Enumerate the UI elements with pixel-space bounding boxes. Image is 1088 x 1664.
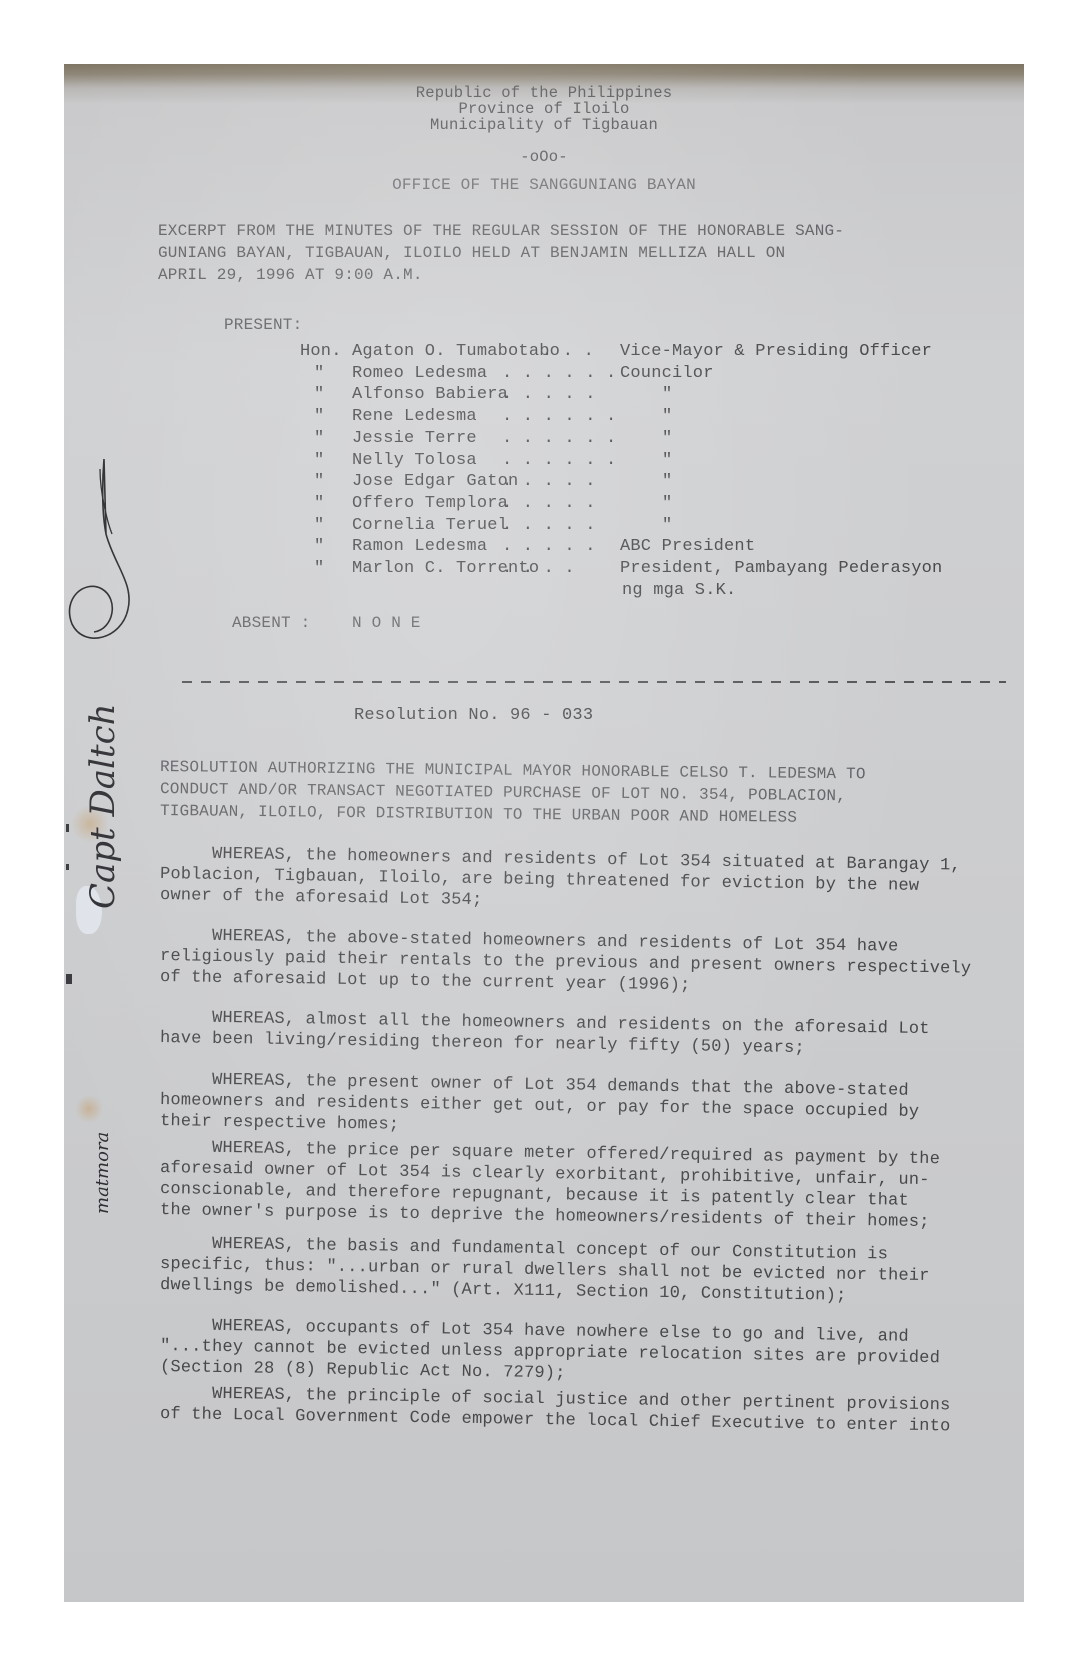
present-label: PRESENT:: [224, 316, 302, 334]
attendee-name: Ramon Ledesma: [352, 537, 487, 556]
attendee-name: Agaton O. Tumabotabo: [352, 342, 560, 361]
resolution-number: Resolution No. 96 - 033: [354, 706, 593, 725]
whereas-line: their respective homes;: [160, 1112, 400, 1135]
absent-value: N O N E: [352, 614, 421, 632]
attendee-position: President, Pambayang Pederasyon: [620, 559, 942, 578]
excerpt-line: GUNIANG BAYAN, TIGBAUAN, ILOILO HELD AT …: [158, 244, 785, 262]
attendee-position-cont: ng mga S.K.: [622, 581, 736, 600]
attendee-prefix: ": [314, 559, 324, 578]
attendee-prefix: ": [314, 516, 324, 535]
attendee-prefix: Hon.: [300, 342, 342, 361]
attendee-name: Cornelia Teruel: [352, 516, 508, 535]
attendee-leader: . . . . . .: [502, 429, 616, 448]
attendee-name: Jessie Terre: [352, 429, 477, 448]
attendee-position: Vice-Mayor & Presiding Officer: [620, 342, 932, 361]
svg-text:matmora: matmora: [92, 1132, 113, 1214]
section-divider: [182, 681, 1006, 683]
attendee-leader: . . . . . .: [502, 451, 616, 470]
attendee-leader: . . . . .: [502, 385, 596, 404]
whereas-line: owner of the aforesaid Lot 354;: [160, 886, 483, 910]
resolution-title-line: TIGBAUAN, ILOILO, FOR DISTRIBUTION TO TH…: [160, 802, 797, 827]
attendee-position: ABC President: [620, 537, 755, 556]
attendee-leader: . . . . .: [502, 516, 596, 535]
attendee-position: Councilor: [620, 364, 714, 383]
paper-stain: [72, 804, 108, 844]
attendee-prefix: ": [314, 385, 324, 404]
resolution-title-line: RESOLUTION AUTHORIZING THE MUNICIPAL MAY…: [160, 758, 866, 783]
attendee-leader: . . . .: [502, 559, 575, 578]
excerpt-line: APRIL 29, 1996 AT 9:00 A.M.: [158, 266, 423, 284]
attendee-position: ": [662, 516, 672, 535]
attendee-leader: . . .: [542, 342, 594, 361]
attendee-position: ": [662, 494, 672, 513]
attendee-position: ": [662, 451, 672, 470]
excerpt-line: EXCERPT FROM THE MINUTES OF THE REGULAR …: [158, 222, 844, 240]
absent-label: ABSENT :: [232, 614, 310, 632]
attendee-prefix: ": [314, 429, 324, 448]
attendee-name: Jose Edgar Gaton: [352, 472, 518, 491]
attendee-prefix: ": [314, 407, 324, 426]
attendee-leader: . . . . .: [502, 494, 596, 513]
attendee-prefix: ": [314, 364, 324, 383]
attendee-name: Alfonso Babiera: [352, 385, 508, 404]
attendee-leader: . . . . .: [502, 537, 596, 556]
attendee-name: Romeo Ledesma: [352, 364, 487, 383]
attendee-prefix: ": [314, 494, 324, 513]
paper-stain: [76, 1094, 102, 1124]
resolution-title-line: CONDUCT AND/OR TRANSACT NEGOTIATED PURCH…: [160, 780, 846, 805]
attendee-name: Offero Templora: [352, 494, 508, 513]
header-municipality: Municipality of Tigbauan: [64, 116, 1024, 134]
attendee-prefix: ": [314, 537, 324, 556]
attendee-name: Nelly Tolosa: [352, 451, 477, 470]
attendee-prefix: ": [314, 451, 324, 470]
attendee-leader: . . . . .: [502, 472, 596, 491]
document-photo: Republic of the Philippines Province of …: [64, 64, 1024, 1602]
attendee-position: ": [662, 385, 672, 404]
attendee-prefix: ": [314, 472, 324, 491]
whereas-line: (Section 28 (8) Republic Act No. 7279);: [160, 1358, 566, 1383]
attendee-position: ": [662, 472, 672, 491]
attendee-leader: . . . . . .: [502, 364, 616, 383]
attendee-position: ": [662, 407, 672, 426]
header-separator: -oOo-: [64, 148, 1024, 166]
attendee-leader: . . . . . .: [502, 407, 616, 426]
paper-tear: [76, 886, 102, 934]
attendee-name: Rene Ledesma: [352, 407, 477, 426]
office-title: OFFICE OF THE SANGGUNIANG BAYAN: [64, 176, 1024, 194]
attendee-position: ": [662, 429, 672, 448]
